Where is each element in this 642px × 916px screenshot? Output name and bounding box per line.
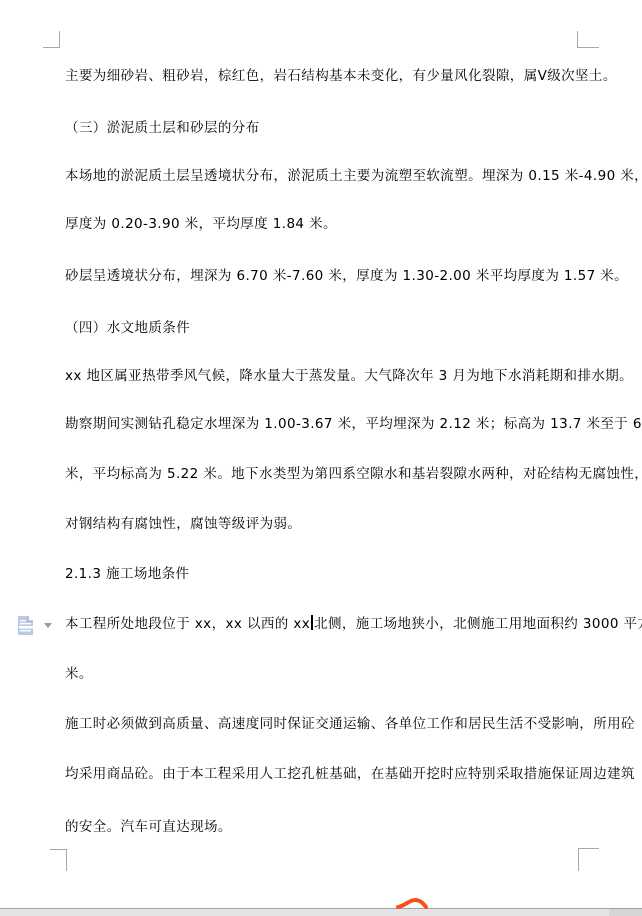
doc-line: 均采用商品砼。由于本工程采用人工挖孔桩基础，在基础开挖时应特别采取措施保证周边建… <box>65 762 585 782</box>
margin-crop-mark-bottom-right <box>578 848 599 871</box>
caret-line-after: 北侧，施工场地狭小，北侧施工用地面积约 3000 平方 <box>314 616 642 632</box>
doc-line: 主要为细砂岩、粗砂岩，棕红色，岩石结构基本未变化，有少量风化裂隙，属Ⅴ级次坚土。 <box>65 64 585 84</box>
doc-line-with-caret: 本工程所处地段位于 xx，xx 以西的 xx北侧，施工场地狭小，北侧施工用地面积… <box>65 612 585 632</box>
doc-line: 厚度为 0.20-3.90 米，平均厚度 1.84 米。 <box>65 212 585 232</box>
doc-line: 米，平均标高为 5.22 米。地下水类型为第四系空隙水和基岩裂隙水两种，对砼结构… <box>65 462 585 482</box>
doc-line: 米。 <box>65 662 585 682</box>
doc-line: 勘察期间实测钻孔稳定水埋深为 1.00-3.67 米，平均埋深为 2.12 米；… <box>65 412 585 432</box>
doc-line: 砂层呈透境状分布，埋深为 6.70 米-7.60 米，厚度为 1.30-2.00… <box>65 264 585 284</box>
doc-heading-4: （四）水文地质条件 <box>65 316 585 336</box>
margin-crop-mark-top-left <box>43 31 60 48</box>
doc-line: 的安全。汽车可直达现场。 <box>65 815 585 835</box>
orange-swoosh-mark <box>395 897 429 909</box>
doc-line: xx 地区属亚热带季风气候，降水量大于蒸发量。大气降次年 3 月为地下水消耗期和… <box>65 364 585 384</box>
chevron-down-icon <box>44 623 52 628</box>
page-corner-shade <box>609 909 642 916</box>
doc-line: 施工时必须做到高质量、高速度同时保证交通运输、各单位工作和居民生活不受影响，所用… <box>65 712 585 732</box>
doc-heading-3: （三）淤泥质土层和砂层的分布 <box>65 116 585 136</box>
doc-heading-2-1-3: 2.1.3 施工场地条件 <box>65 562 585 582</box>
margin-crop-mark-top-right <box>577 31 599 48</box>
page-background-strip <box>0 909 642 916</box>
margin-crop-mark-bottom-left <box>50 849 67 871</box>
document-options-button[interactable] <box>17 615 53 641</box>
document-options-icon <box>17 615 35 636</box>
text-cursor-caret <box>311 615 313 630</box>
doc-line: 对钢结构有腐蚀性，腐蚀等级评为弱。 <box>65 512 585 532</box>
caret-line-before: 本工程所处地段位于 xx，xx 以西的 xx <box>65 616 310 632</box>
doc-line: 本场地的淤泥质土层呈透境状分布，淤泥质土主要为流塑至软流塑。埋深为 0.15 米… <box>65 164 585 184</box>
